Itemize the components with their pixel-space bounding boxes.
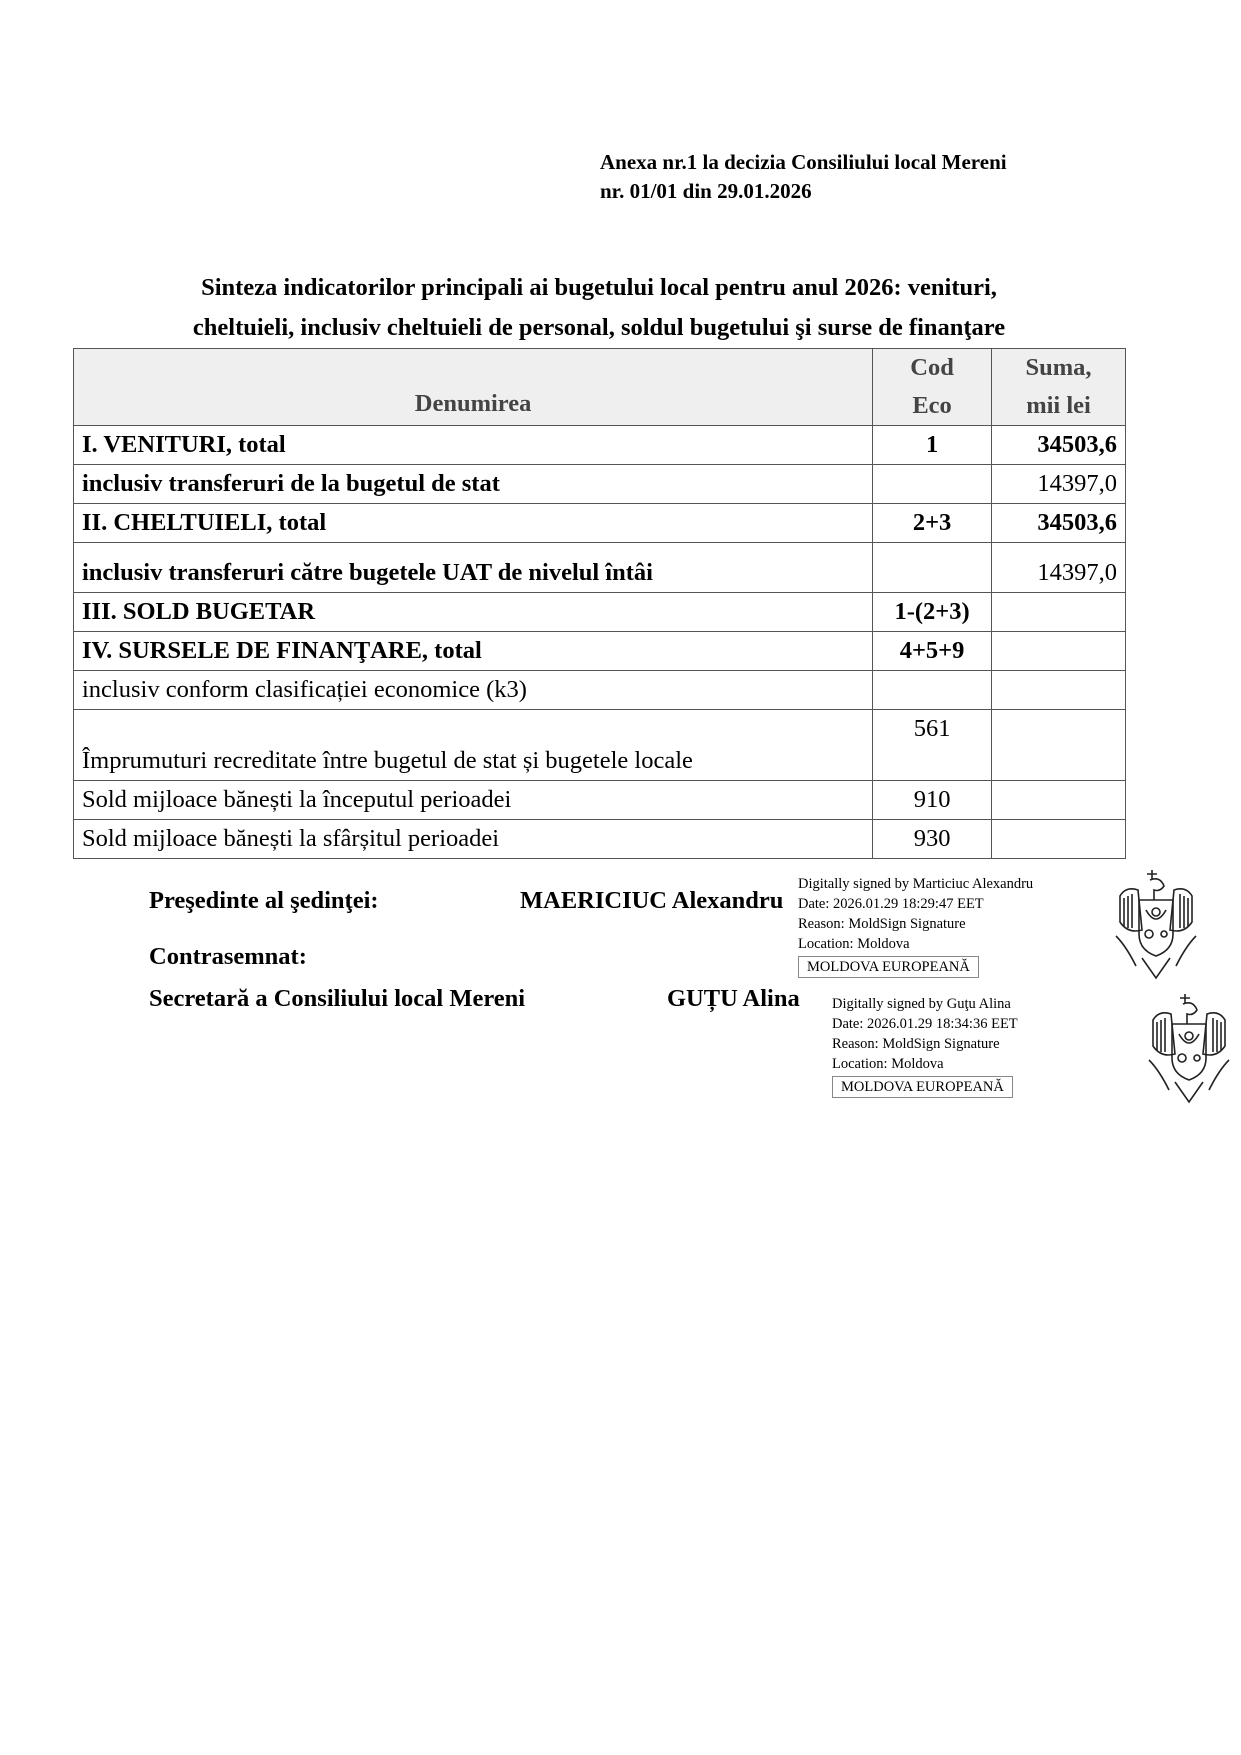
row-code: 1-(2+3)	[873, 593, 992, 632]
secretary-label: Secretară a Consiliului local Mereni	[149, 985, 525, 1013]
stamp-signed-by: Digitally signed by Guţu Alina	[832, 994, 1018, 1014]
row-code: 2+3	[873, 504, 992, 543]
row-name: Sold mijloace bănești la începutul perio…	[74, 781, 873, 820]
header-name: Denumirea	[74, 349, 873, 426]
table-row: Sold mijloace bănești la sfârșitul perio…	[74, 820, 1126, 859]
stamp-signed-by: Digitally signed by Marticiuc Alexandru	[798, 874, 1033, 894]
stamp-date: Date: 2026.01.29 18:34:36 EET	[832, 1014, 1018, 1034]
header-code-line-1: Cod	[881, 349, 983, 387]
row-name: inclusiv conform clasificației economice…	[74, 671, 873, 710]
stamp-location: Location: Moldova	[798, 934, 1033, 954]
table-row: Împrumuturi recreditate între bugetul de…	[74, 710, 1126, 781]
table-row: III. SOLD BUGETAR1-(2+3)	[74, 593, 1126, 632]
table-header-row: Denumirea Cod Eco Suma, mii lei	[74, 349, 1126, 426]
row-sum	[992, 593, 1126, 632]
annex-reference: Anexa nr.1 la decizia Consiliului local …	[600, 148, 1007, 206]
header-code-line-2: Eco	[881, 387, 983, 425]
row-code: 910	[873, 781, 992, 820]
digital-signature-stamp-2: Digitally signed by Guţu Alina Date: 202…	[832, 994, 1018, 1098]
chair-label: Preşedinte al şedinţei:	[149, 887, 379, 915]
row-sum: 34503,6	[992, 426, 1126, 465]
row-sum: 14397,0	[992, 465, 1126, 504]
row-name: I. VENITURI, total	[74, 426, 873, 465]
row-sum: 14397,0	[992, 543, 1126, 593]
row-code: 930	[873, 820, 992, 859]
row-sum	[992, 781, 1126, 820]
row-code: 4+5+9	[873, 632, 992, 671]
moldova-coat-of-arms-icon	[1145, 990, 1233, 1108]
table-row: I. VENITURI, total134503,6	[74, 426, 1126, 465]
title-line-1: Sinteza indicatorilor principali ai buge…	[73, 268, 1125, 308]
row-name: III. SOLD BUGETAR	[74, 593, 873, 632]
row-sum	[992, 632, 1126, 671]
budget-table: Denumirea Cod Eco Suma, mii lei I. VENIT…	[73, 348, 1126, 859]
annex-line-2: nr. 01/01 din 29.01.2026	[600, 177, 1007, 206]
table-row: II. CHELTUIELI, total2+334503,6	[74, 504, 1126, 543]
digital-signature-stamp-1: Digitally signed by Marticiuc Alexandru …	[798, 874, 1033, 978]
header-sum-line-1: Suma,	[1000, 349, 1117, 387]
row-sum: 34503,6	[992, 504, 1126, 543]
row-name: Împrumuturi recreditate între bugetul de…	[74, 710, 873, 781]
stamp-location: Location: Moldova	[832, 1054, 1018, 1074]
stamp-badge: MOLDOVA EUROPEANĂ	[832, 1076, 1013, 1098]
row-name: IV. SURSELE DE FINANŢARE, total	[74, 632, 873, 671]
row-sum	[992, 710, 1126, 781]
title-line-2: cheltuieli, inclusiv cheltuieli de perso…	[73, 308, 1125, 348]
secretary-name: GUȚU Alina	[667, 985, 800, 1013]
countersigned-label: Contrasemnat:	[149, 943, 307, 971]
table-row: inclusiv conform clasificației economice…	[74, 671, 1126, 710]
document-title: Sinteza indicatorilor principali ai buge…	[73, 268, 1125, 348]
row-name: inclusiv transferuri de la bugetul de st…	[74, 465, 873, 504]
row-code	[873, 671, 992, 710]
stamp-date: Date: 2026.01.29 18:29:47 EET	[798, 894, 1033, 914]
header-sum: Suma, mii lei	[992, 349, 1126, 426]
stamp-badge: MOLDOVA EUROPEANĂ	[798, 956, 979, 978]
table-row: inclusiv transferuri către bugetele UAT …	[74, 543, 1126, 593]
moldova-coat-of-arms-icon	[1112, 866, 1200, 984]
row-name: Sold mijloace bănești la sfârșitul perio…	[74, 820, 873, 859]
stamp-reason: Reason: MoldSign Signature	[832, 1034, 1018, 1054]
header-code: Cod Eco	[873, 349, 992, 426]
header-sum-line-2: mii lei	[1000, 387, 1117, 425]
row-name: inclusiv transferuri către bugetele UAT …	[74, 543, 873, 593]
row-name: II. CHELTUIELI, total	[74, 504, 873, 543]
chair-name: MAERICIUC Alexandru	[520, 887, 783, 915]
row-code	[873, 465, 992, 504]
stamp-reason: Reason: MoldSign Signature	[798, 914, 1033, 934]
row-code: 561	[873, 710, 992, 781]
budget-table-body: I. VENITURI, total134503,6inclusiv trans…	[74, 426, 1126, 859]
row-code	[873, 543, 992, 593]
table-row: IV. SURSELE DE FINANŢARE, total4+5+9	[74, 632, 1126, 671]
row-sum	[992, 671, 1126, 710]
row-sum	[992, 820, 1126, 859]
row-code: 1	[873, 426, 992, 465]
table-row: Sold mijloace bănești la începutul perio…	[74, 781, 1126, 820]
annex-line-1: Anexa nr.1 la decizia Consiliului local …	[600, 148, 1007, 177]
table-row: inclusiv transferuri de la bugetul de st…	[74, 465, 1126, 504]
